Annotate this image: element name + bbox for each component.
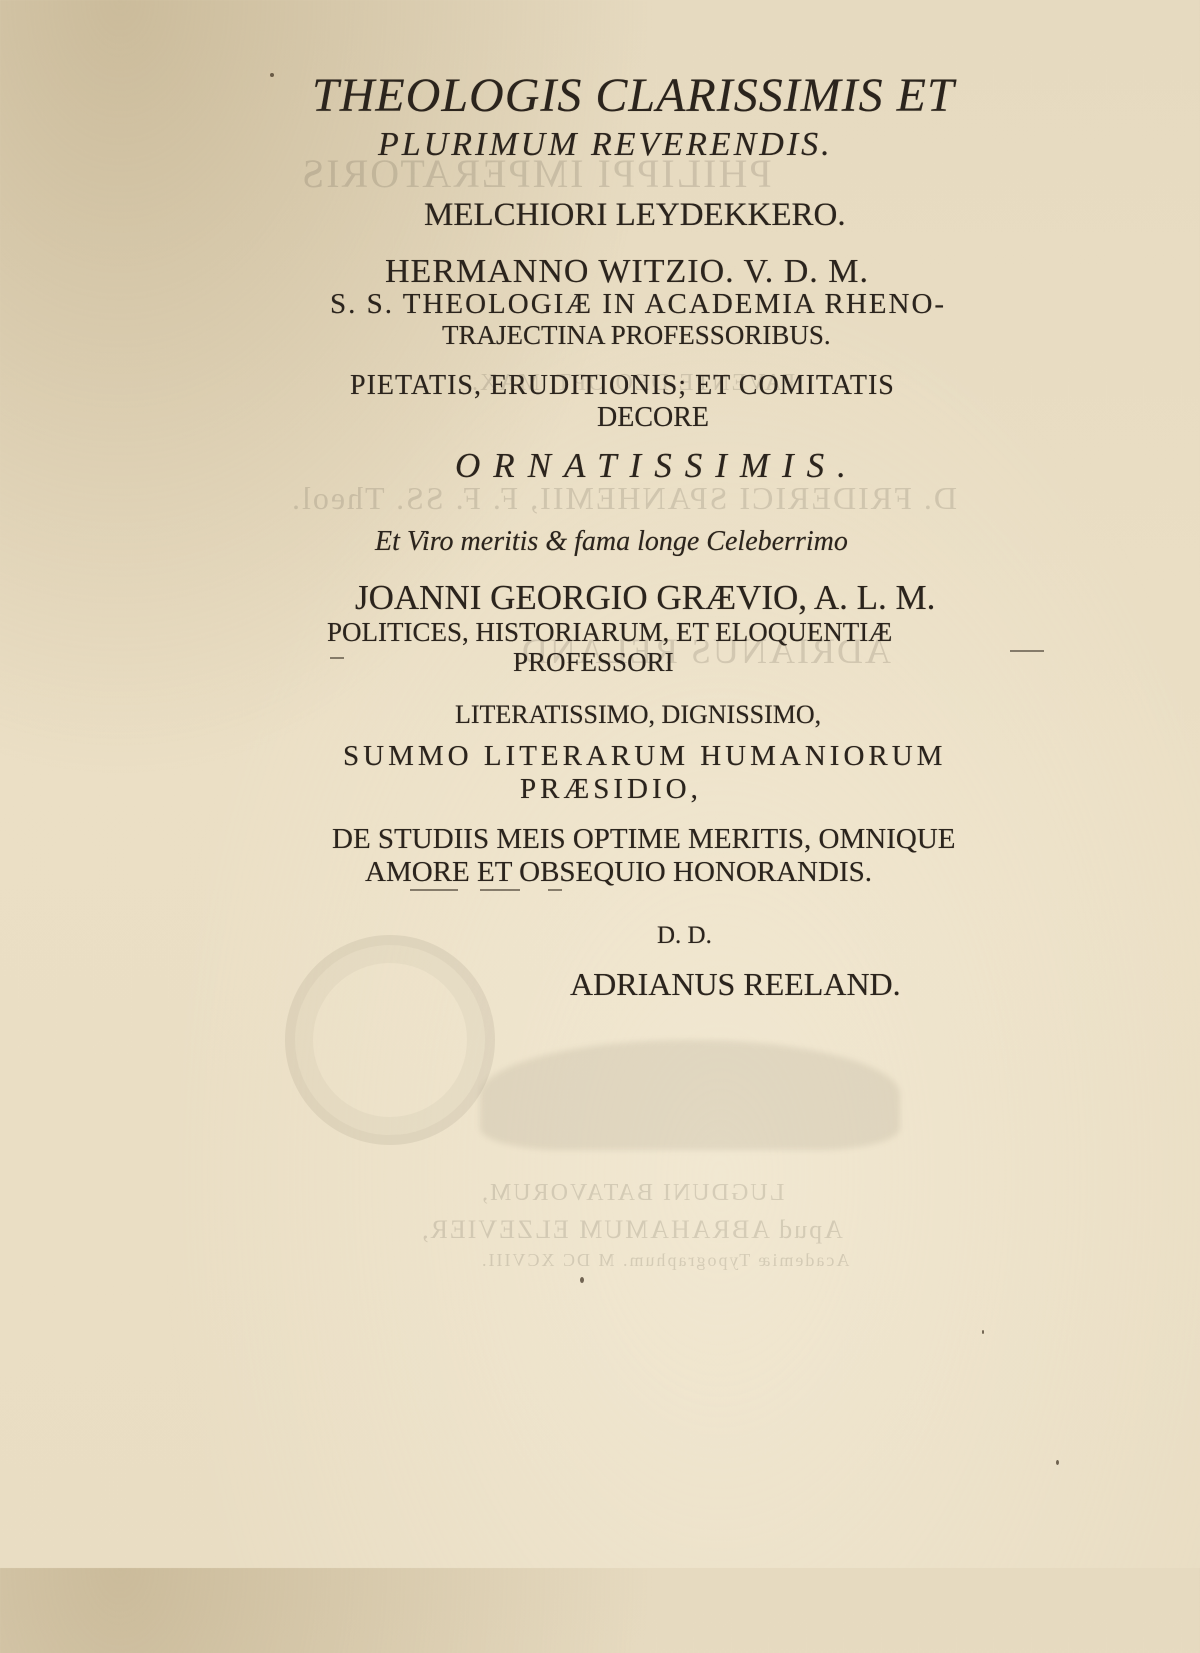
ink-mark <box>330 657 344 659</box>
ink-mark <box>480 889 520 891</box>
dedicatee-name: HERMANNO WITZIO. V. D. M. <box>385 253 869 291</box>
praise-line: SUMMO LITERARUM HUMANIORUM <box>343 740 946 773</box>
dedication-heading: THEOLOGIS CLARISSIMIS ET <box>312 68 955 123</box>
ink-mark <box>410 889 458 891</box>
closing-line: DE STUDIIS MEIS OPTIME MERITIS, OMNIQUE <box>332 823 956 856</box>
ink-mark <box>548 889 562 891</box>
bleed-through-line: Apud ABRAHAMUM ELZEVIER, <box>420 1215 843 1245</box>
paper-speck <box>982 1330 984 1334</box>
dedication-mark: D. D. <box>657 922 712 950</box>
printer-ornament-bleed <box>480 1040 900 1150</box>
dedication-heading-continued: PLURIMUM REVERENDIS. <box>378 126 833 164</box>
document-page: PHILIPPI IMPERATORIS FAVENTE DEO OPT. MA… <box>0 0 1138 1568</box>
dedicatee-name: JOANNI GEORGIO GRÆVIO, A. L. M. <box>355 578 935 618</box>
dedicatee-title: TRAJECTINA PROFESSORIBUS. <box>442 320 831 351</box>
paper-speck <box>580 1277 584 1283</box>
praise-line: PRÆSIDIO, <box>520 773 702 806</box>
ink-mark <box>1010 650 1044 652</box>
dedicatee-title: POLITICES, HISTORIARUM, ET ELOQUENTIÆ <box>327 617 892 648</box>
dedicatee-title: PROFESSORI <box>513 647 674 678</box>
praise-line: DECORE <box>597 402 709 434</box>
praise-line: PIETATIS, ERUDITIONIS; ET COMITATIS <box>350 370 895 402</box>
bleed-through-line: Academiæ Typographum. M DC XCVIII. <box>480 1250 849 1271</box>
italic-dedication-line: Et Viro meritis & fama longe Celeberrimo <box>375 526 848 558</box>
library-stamp-bleed <box>285 935 495 1145</box>
dedicatee-title: S. S. THEOLOGIÆ IN ACADEMIA RHENO- <box>330 288 946 321</box>
closing-line: AMORE ET OBSEQUIO HONORANDIS. <box>365 856 872 889</box>
dedicatee-name: MELCHIORI LEYDEKKERO. <box>424 197 846 234</box>
bleed-through-line: LUGDUNI BATAVORUM, <box>480 1180 784 1207</box>
paper-speck <box>270 73 274 77</box>
author-signature: ADRIANUS REELAND. <box>570 966 901 1003</box>
paper-speck <box>1056 1460 1059 1465</box>
praise-emphasis: ORNATISSIMIS. <box>455 446 859 486</box>
praise-line: LITERATISSIMO, DIGNISSIMO, <box>455 700 821 730</box>
